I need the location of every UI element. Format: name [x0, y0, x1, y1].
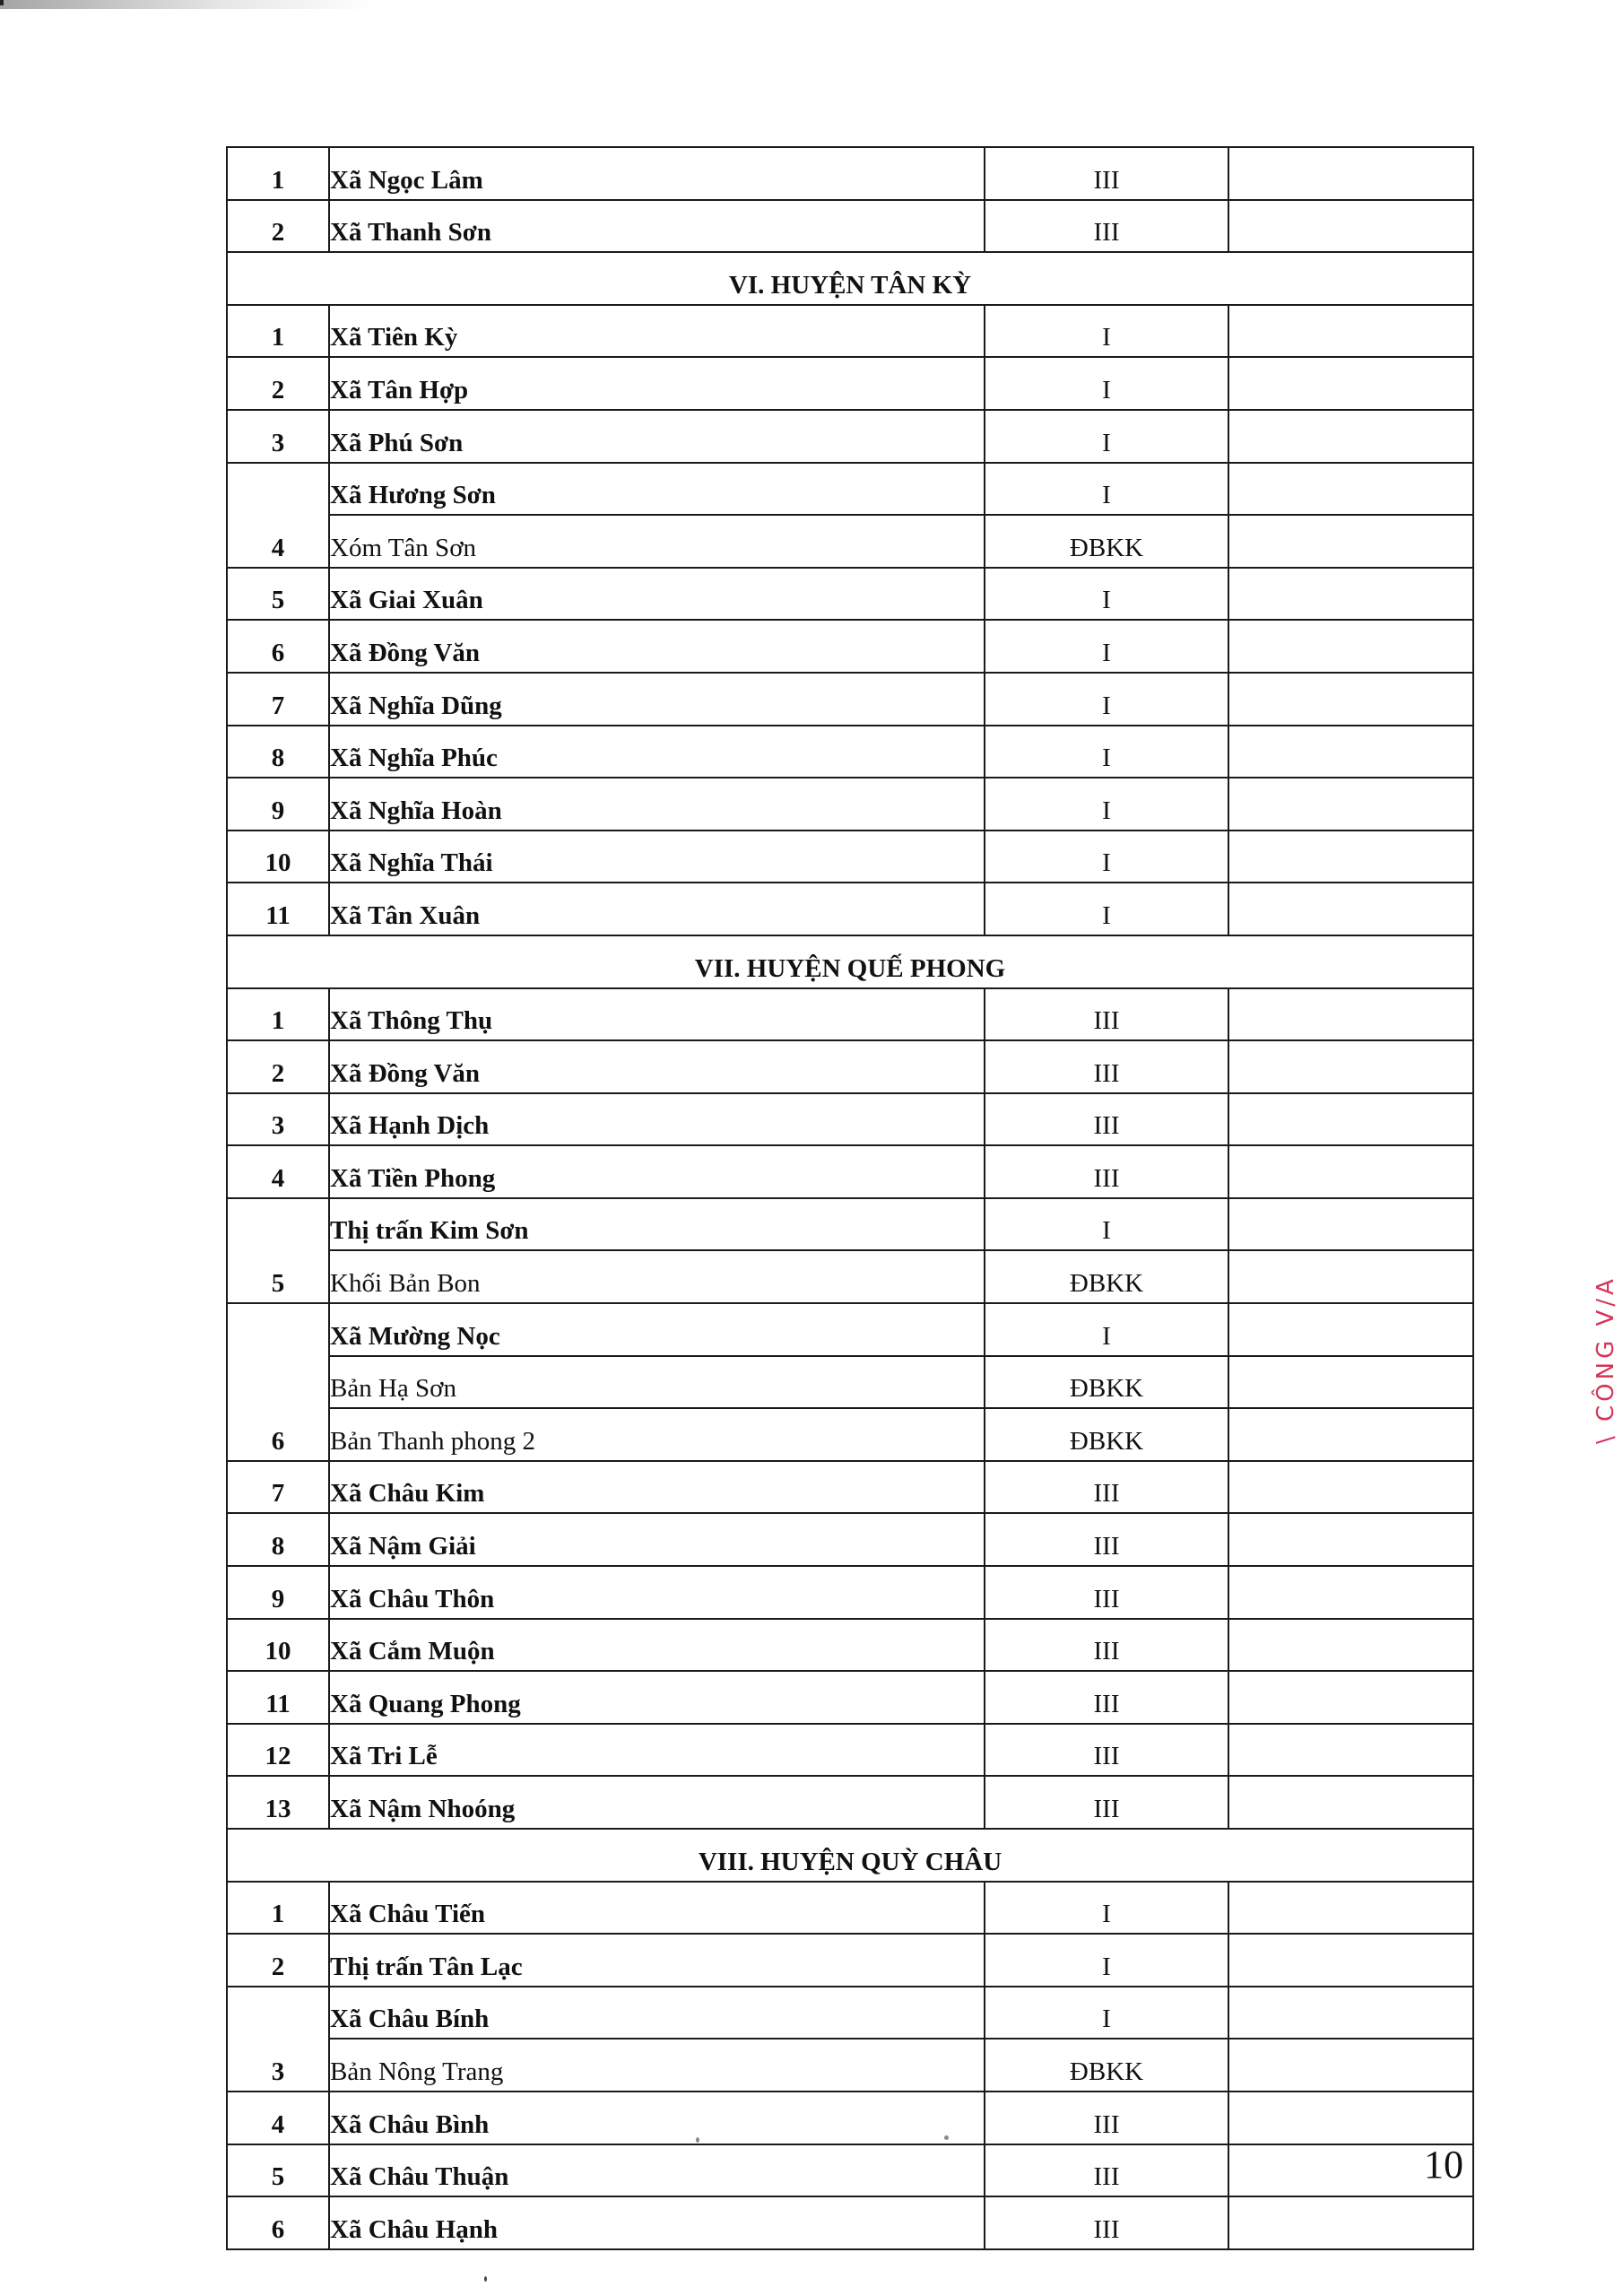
commune-name: Xã Nghĩa Phúc	[329, 726, 985, 778]
row-number: 8	[227, 726, 329, 778]
area-classification: III	[985, 1776, 1228, 1829]
area-classification: III	[985, 1461, 1228, 1514]
area-classification: III	[985, 2196, 1228, 2249]
area-classification: III	[985, 1671, 1228, 1724]
row-number: 9	[227, 778, 329, 831]
note-cell	[1228, 305, 1473, 358]
row-number: 4	[227, 2092, 329, 2144]
note-cell	[1228, 2039, 1473, 2092]
table-row: 6Xã Mường NọcI	[227, 1303, 1473, 1356]
note-cell	[1228, 1619, 1473, 1672]
commune-classification-table: 1Xã Ngọc LâmIII2Xã Thanh SơnIIIVI. HUYỆN…	[226, 146, 1474, 2250]
scan-speck	[944, 2135, 949, 2140]
area-classification: I	[985, 1987, 1228, 2039]
table-row: 3Xã Hạnh DịchIII	[227, 1093, 1473, 1146]
sub-unit-name: Bản Hạ Sơn	[329, 1356, 985, 1409]
note-cell	[1228, 1776, 1473, 1829]
area-classification: III	[985, 147, 1228, 200]
area-classification: I	[985, 305, 1228, 358]
commune-name: Thị trấn Tân Lạc	[329, 1934, 985, 1987]
area-classification: I	[985, 1934, 1228, 1987]
note-cell	[1228, 726, 1473, 778]
table-row: 5Xã Giai XuânI	[227, 568, 1473, 621]
row-number: 7	[227, 673, 329, 726]
table-row: 4Xã Hương SơnI	[227, 463, 1473, 516]
note-cell	[1228, 1724, 1473, 1777]
note-cell	[1228, 1250, 1473, 1303]
commune-name: Xã Châu Thuận	[329, 2144, 985, 2197]
red-stamp-fragment: \ CÔNG V/A	[1594, 1175, 1621, 1444]
table-row: Bản Nông TrangĐBKK	[227, 2039, 1473, 2092]
table-row: 9Xã Châu ThônIII	[227, 1566, 1473, 1619]
area-classification: I	[985, 410, 1228, 463]
row-number: 2	[227, 357, 329, 410]
row-number: 1	[227, 1882, 329, 1935]
row-number: 2	[227, 200, 329, 253]
table-row: 11Xã Tân XuânI	[227, 883, 1473, 935]
note-cell	[1228, 1566, 1473, 1619]
table-row: 3Xã Phú SơnI	[227, 410, 1473, 463]
area-classification: ĐBKK	[985, 1250, 1228, 1303]
row-number: 11	[227, 1671, 329, 1724]
commune-name: Xã Mường Nọc	[329, 1303, 985, 1356]
section-header-row: VI. HUYỆN TÂN KỲ	[227, 252, 1473, 305]
commune-name: Xã Nậm Nhoóng	[329, 1776, 985, 1829]
table-row: 5Thị trấn Kim SơnI	[227, 1198, 1473, 1251]
table-row: 2Thị trấn Tân LạcI	[227, 1934, 1473, 1987]
row-number: 4	[227, 1145, 329, 1198]
table-row: 4Xã Tiền PhongIII	[227, 1145, 1473, 1198]
area-classification: ĐBKK	[985, 2039, 1228, 2092]
commune-name: Xã Hạnh Dịch	[329, 1093, 985, 1146]
area-classification: III	[985, 1093, 1228, 1146]
note-cell	[1228, 1461, 1473, 1514]
row-number: 10	[227, 831, 329, 883]
area-classification: I	[985, 1198, 1228, 1251]
area-classification: ĐBKK	[985, 515, 1228, 568]
note-cell	[1228, 147, 1473, 200]
row-number: 5	[227, 568, 329, 621]
area-classification: I	[985, 568, 1228, 621]
area-classification: III	[985, 988, 1228, 1041]
area-classification: I	[985, 778, 1228, 831]
table-row: 10Xã Cắm MuộnIII	[227, 1619, 1473, 1672]
row-number: 6	[227, 2196, 329, 2249]
table-row: 1Xã Châu TiếnI	[227, 1882, 1473, 1935]
note-cell	[1228, 357, 1473, 410]
area-classification: I	[985, 1303, 1228, 1356]
commune-name: Xã Thanh Sơn	[329, 200, 985, 253]
table-row: 1Xã Ngọc LâmIII	[227, 147, 1473, 200]
area-classification: III	[985, 1724, 1228, 1777]
row-number: 8	[227, 1513, 329, 1566]
table-row: 10Xã Nghĩa TháiI	[227, 831, 1473, 883]
area-classification: I	[985, 463, 1228, 516]
commune-name: Xã Nậm Giải	[329, 1513, 985, 1566]
commune-name: Xã Tri Lễ	[329, 1724, 985, 1777]
scan-shadow	[0, 0, 377, 9]
section-title: VI. HUYỆN TÂN KỲ	[227, 252, 1473, 305]
commune-name: Xã Thông Thụ	[329, 988, 985, 1041]
area-classification: I	[985, 831, 1228, 883]
note-cell	[1228, 620, 1473, 673]
commune-name: Xã Giai Xuân	[329, 568, 985, 621]
note-cell	[1228, 1987, 1473, 2039]
row-number: 1	[227, 988, 329, 1041]
page-number: 10	[1424, 2145, 1463, 2185]
row-number: 6	[227, 1303, 329, 1461]
sub-unit-name: Bản Nông Trang	[329, 2039, 985, 2092]
section-title: VII. HUYỆN QUẾ PHONG	[227, 935, 1473, 988]
table-row: 7Xã Châu KimIII	[227, 1461, 1473, 1514]
note-cell	[1228, 1934, 1473, 1987]
area-classification: III	[985, 1513, 1228, 1566]
commune-name: Xã Tân Hợp	[329, 357, 985, 410]
row-number: 5	[227, 1198, 329, 1303]
note-cell	[1228, 568, 1473, 621]
commune-name: Xã Đồng Văn	[329, 620, 985, 673]
row-number: 9	[227, 1566, 329, 1619]
table-row: Bản Hạ SơnĐBKK	[227, 1356, 1473, 1409]
note-cell	[1228, 1356, 1473, 1409]
commune-name: Xã Châu Tiến	[329, 1882, 985, 1935]
row-number: 6	[227, 620, 329, 673]
note-cell	[1228, 515, 1473, 568]
row-number: 5	[227, 2144, 329, 2197]
row-number: 1	[227, 147, 329, 200]
note-cell	[1228, 1145, 1473, 1198]
row-number: 2	[227, 1934, 329, 1987]
table-row: 2Xã Thanh SơnIII	[227, 200, 1473, 253]
table-row: 6Xã Châu HạnhIII	[227, 2196, 1473, 2249]
table-row: 4Xã Châu BìnhIII	[227, 2092, 1473, 2144]
area-classification: ĐBKK	[985, 1408, 1228, 1461]
row-number: 13	[227, 1776, 329, 1829]
commune-name: Xã Châu Kim	[329, 1461, 985, 1514]
area-classification: III	[985, 2092, 1228, 2144]
commune-name: Xã Châu Thôn	[329, 1566, 985, 1619]
note-cell	[1228, 1513, 1473, 1566]
commune-name: Xã Ngọc Lâm	[329, 147, 985, 200]
section-header-row: VIII. HUYỆN QUỲ CHÂU	[227, 1829, 1473, 1882]
table-row: 2Xã Đồng VănIII	[227, 1040, 1473, 1093]
commune-name: Xã Nghĩa Dũng	[329, 673, 985, 726]
table-row: Bản Thanh phong 2ĐBKK	[227, 1408, 1473, 1461]
area-classification: I	[985, 883, 1228, 935]
note-cell	[1228, 200, 1473, 253]
note-cell	[1228, 883, 1473, 935]
table-row: 11Xã Quang PhongIII	[227, 1671, 1473, 1724]
commune-name: Xã Châu Bình	[329, 2092, 985, 2144]
row-number: 12	[227, 1724, 329, 1777]
row-number: 4	[227, 463, 329, 568]
note-cell	[1228, 831, 1473, 883]
note-cell	[1228, 463, 1473, 516]
area-classification: III	[985, 200, 1228, 253]
row-number: 10	[227, 1619, 329, 1672]
area-classification: III	[985, 1040, 1228, 1093]
area-classification: I	[985, 620, 1228, 673]
note-cell	[1228, 1303, 1473, 1356]
table-row: 6Xã Đồng VănI	[227, 620, 1473, 673]
note-cell	[1228, 2092, 1473, 2144]
commune-name: Xã Nghĩa Hoàn	[329, 778, 985, 831]
table-row: 8Xã Nghĩa PhúcI	[227, 726, 1473, 778]
commune-name: Xã Nghĩa Thái	[329, 831, 985, 883]
table-row: 13Xã Nậm NhoóngIII	[227, 1776, 1473, 1829]
commune-name: Xã Hương Sơn	[329, 463, 985, 516]
note-cell	[1228, 1671, 1473, 1724]
area-classification: III	[985, 1619, 1228, 1672]
commune-name: Xã Tân Xuân	[329, 883, 985, 935]
sub-unit-name: Bản Thanh phong 2	[329, 1408, 985, 1461]
area-classification: III	[985, 1145, 1228, 1198]
commune-name: Xã Đồng Văn	[329, 1040, 985, 1093]
row-number: 1	[227, 305, 329, 358]
table-row: 3Xã Châu BínhI	[227, 1987, 1473, 2039]
section-title: VIII. HUYỆN QUỲ CHÂU	[227, 1829, 1473, 1882]
area-classification: III	[985, 1566, 1228, 1619]
note-cell	[1228, 673, 1473, 726]
table-row: 7Xã Nghĩa DũngI	[227, 673, 1473, 726]
row-number: 3	[227, 1987, 329, 2092]
commune-name: Xã Cắm Muộn	[329, 1619, 985, 1672]
note-cell	[1228, 778, 1473, 831]
table-row: 5Xã Châu ThuậnIII	[227, 2144, 1473, 2197]
note-cell	[1228, 1093, 1473, 1146]
commune-name: Xã Châu Hạnh	[329, 2196, 985, 2249]
table-row: 1Xã Tiên KỳI	[227, 305, 1473, 358]
area-classification: III	[985, 2144, 1228, 2197]
area-classification: ĐBKK	[985, 1356, 1228, 1409]
sub-unit-name: Khối Bản Bon	[329, 1250, 985, 1303]
area-classification: I	[985, 726, 1228, 778]
scan-speck	[696, 2137, 699, 2143]
commune-name: Xã Tiền Phong	[329, 1145, 985, 1198]
note-cell	[1228, 988, 1473, 1041]
table-row: 2Xã Tân HợpI	[227, 357, 1473, 410]
table-body: 1Xã Ngọc LâmIII2Xã Thanh SơnIIIVI. HUYỆN…	[227, 147, 1473, 2249]
commune-name: Xã Phú Sơn	[329, 410, 985, 463]
table-row: 12Xã Tri LễIII	[227, 1724, 1473, 1777]
note-cell	[1228, 1198, 1473, 1251]
scan-speck	[484, 2276, 487, 2282]
commune-name: Xã Tiên Kỳ	[329, 305, 985, 358]
table-row: 1Xã Thông ThụIII	[227, 988, 1473, 1041]
row-number: 3	[227, 1093, 329, 1146]
commune-name: Thị trấn Kim Sơn	[329, 1198, 985, 1251]
row-number: 7	[227, 1461, 329, 1514]
table-row: Khối Bản BonĐBKK	[227, 1250, 1473, 1303]
scan-corner-mark	[0, 0, 4, 5]
commune-name: Xã Châu Bính	[329, 1987, 985, 2039]
row-number: 3	[227, 410, 329, 463]
area-classification: I	[985, 357, 1228, 410]
row-number: 2	[227, 1040, 329, 1093]
note-cell	[1228, 2196, 1473, 2249]
note-cell	[1228, 1408, 1473, 1461]
sub-unit-name: Xóm Tân Sơn	[329, 515, 985, 568]
table-row: Xóm Tân SơnĐBKK	[227, 515, 1473, 568]
row-number: 11	[227, 883, 329, 935]
note-cell	[1228, 410, 1473, 463]
note-cell	[1228, 1882, 1473, 1935]
area-classification: I	[985, 673, 1228, 726]
table-row: 8Xã Nậm GiảiIII	[227, 1513, 1473, 1566]
commune-name: Xã Quang Phong	[329, 1671, 985, 1724]
area-classification: I	[985, 1882, 1228, 1935]
note-cell	[1228, 1040, 1473, 1093]
section-header-row: VII. HUYỆN QUẾ PHONG	[227, 935, 1473, 988]
table-row: 9Xã Nghĩa HoànI	[227, 778, 1473, 831]
